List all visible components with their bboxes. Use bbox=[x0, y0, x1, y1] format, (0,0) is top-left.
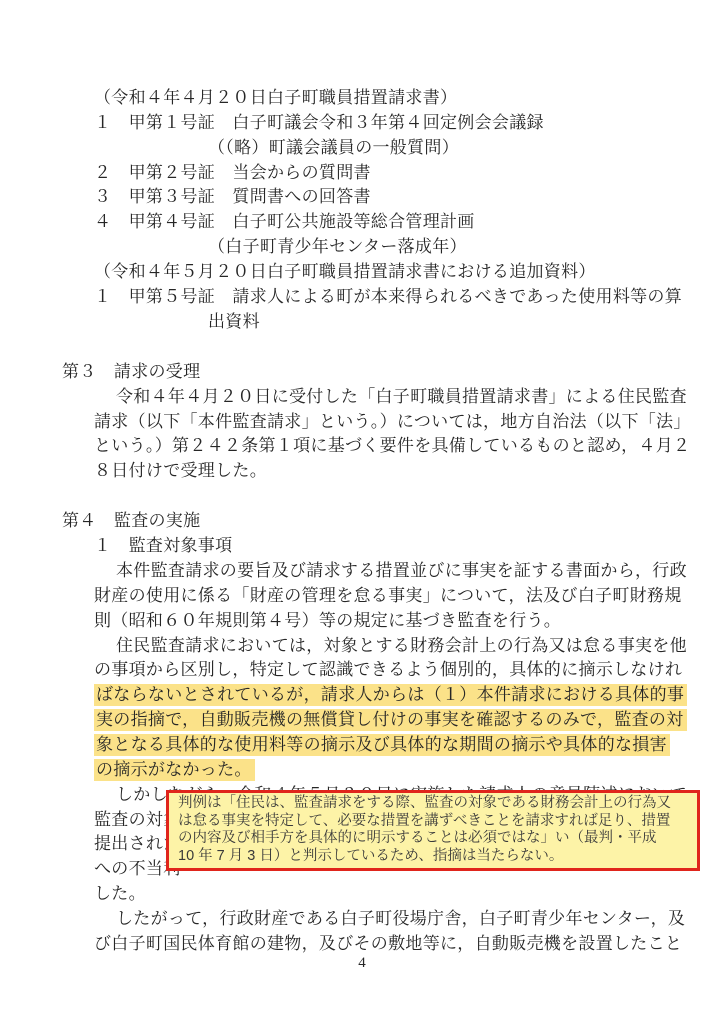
doc-line: 本件監査請求の要旨及び請求する措置並びに事実を証する書面から，行政 bbox=[116, 559, 687, 583]
section-heading-3: 第３ 請求の受理 bbox=[62, 360, 200, 384]
doc-line-highlighted: 実の指摘で，自動販売機の無償貸し付けの事実を確認するのみで，監査の対 bbox=[94, 708, 687, 732]
exhibits-heading-2: （令和４年５月２０日白子町職員措置請求書における追加資料） bbox=[94, 260, 596, 284]
exhibit-item: ４ 甲第４号証 白子町公共施設等総合管理計画 bbox=[94, 210, 475, 234]
doc-line: ８日付けで受理した。 bbox=[94, 459, 267, 483]
doc-line: 住民監査請求においては，対象とする財務会計上の行為又は怠る事実を他 bbox=[116, 634, 687, 658]
exhibit-item: ２ 甲第２号証 当会からの質問書 bbox=[94, 161, 371, 185]
doc-line: 請求（以下「本件監査請求」という。）については，地方自治法（以下「法」 bbox=[94, 410, 691, 434]
exhibit-item-note: （（略）町議会議員の一般質問） bbox=[208, 136, 459, 160]
section-heading-4: 第４ 監査の実施 bbox=[62, 509, 200, 533]
highlighted-text: 象となる具体的な使用料等の摘示及び具体的な期間の摘示や具体的な損害 bbox=[94, 734, 670, 756]
exhibit-item: １ 甲第５号証 請求人による町が本来得られるべきであった使用料等の算 bbox=[94, 285, 682, 309]
exhibit-item: ３ 甲第３号証 質問書への回答書 bbox=[94, 185, 371, 209]
doc-line: 則（昭和６０年規則第４号）等の規定に基づき監査を行う。 bbox=[94, 609, 561, 633]
doc-line: の事項から区別し，特定して認識できるよう個別的，具体的に摘示しなけれ bbox=[94, 658, 682, 682]
callout-text-line: の内容及び相手方を具体的に明示することは必須ではな」い（最判・平成 bbox=[178, 830, 688, 848]
document-page: （令和４年４月２０日白子町職員措置請求書） １ 甲第１号証 白子町議会令和３年第… bbox=[0, 0, 724, 1023]
exhibit-item-note: （白子町青少年センター落成年） bbox=[208, 235, 467, 259]
callout-box: 判例は「住民は、監査請求をする際、監査の対象である財務会計上の行為又 は怠る事実… bbox=[166, 790, 700, 871]
doc-line-highlighted: 象となる具体的な使用料等の摘示及び具体的な期間の摘示や具体的な損害 bbox=[94, 733, 670, 757]
exhibits-heading-1: （令和４年４月２０日白子町職員措置請求書） bbox=[94, 86, 457, 110]
page-number: 4 bbox=[0, 955, 724, 972]
doc-line: したがって，行政財産である白子町役場庁舎，白子町青少年センター，及 bbox=[116, 907, 685, 931]
doc-line: した。 bbox=[94, 882, 146, 906]
callout-text-line: 10 年 7 月 3 日）と判示しているため、指摘は当たらない。 bbox=[178, 848, 688, 866]
callout-text-line: は怠る事実を特定して、必要な措置を講ずべきことを請求すれば足り、措置 bbox=[178, 813, 688, 831]
highlighted-text: ばならないとされているが，請求人からは（１）本件請求における具体的事 bbox=[94, 684, 687, 706]
doc-line: び白子町国民体育館の建物，及びその敷地等に，自動販売機を設置したこと bbox=[94, 932, 682, 956]
doc-line-highlighted: ばならないとされているが，請求人からは（１）本件請求における具体的事 bbox=[94, 683, 687, 707]
highlighted-text: 実の指摘で，自動販売機の無償貸し付けの事実を確認するのみで，監査の対 bbox=[94, 709, 687, 731]
exhibit-item-cont: 出資料 bbox=[208, 310, 260, 334]
doc-line-highlighted: の摘示がなかった。 bbox=[94, 758, 255, 782]
doc-line: という。）第２４２条第１項に基づく要件を具備しているものと認め，４月２ bbox=[94, 434, 690, 458]
callout-text-line: 判例は「住民は、監査請求をする際、監査の対象である財務会計上の行為又 bbox=[178, 795, 688, 813]
section-subheading: １ 監査対象事項 bbox=[94, 534, 232, 558]
doc-line: 財産の使用に係る「財産の管理を怠る事実」について，法及び白子町財務規 bbox=[94, 584, 682, 608]
exhibit-item: １ 甲第１号証 白子町議会令和３年第４回定例会会議録 bbox=[94, 111, 544, 135]
doc-line: 令和４年４月２０日に受付した「白子町職員措置請求書」による住民監査 bbox=[116, 385, 687, 409]
highlighted-text: の摘示がなかった。 bbox=[94, 759, 255, 781]
